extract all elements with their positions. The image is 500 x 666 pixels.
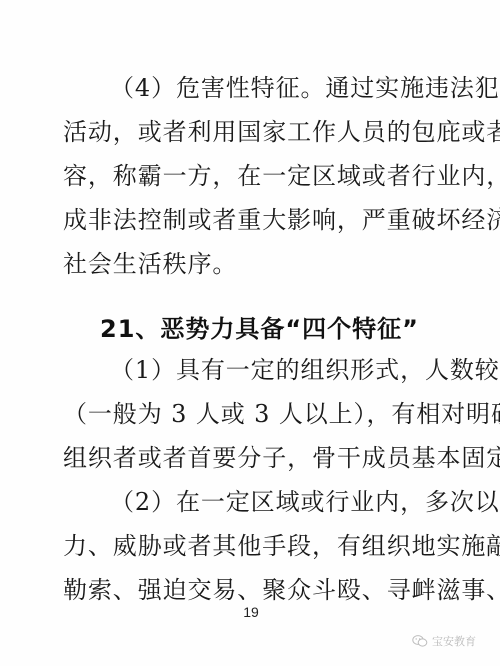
document-page: （4）危害性特征。通过实施违法犯罪 活动，或者利用国家工作人员的包庇或者纵 容，… <box>0 0 500 666</box>
paragraph-line: 成非法控制或者重大影响，严重破坏经济、 <box>63 205 439 235</box>
wechat-icon <box>412 634 428 648</box>
section-heading: 21、恶势力具备“四个特征” <box>100 313 419 345</box>
paragraph-line: 力、威胁或者其他手段，有组织地实施敲诈 <box>63 531 439 561</box>
watermark: 宝安教育 <box>412 633 476 649</box>
paragraph-line: （1）具有一定的组织形式，人数较多 <box>110 355 440 385</box>
paragraph-line: （2）在一定区域或行业内，多次以暴 <box>110 487 440 517</box>
paragraph-line: 勒索、强迫交易、聚众斗殴、寻衅滋事、故 <box>63 575 439 605</box>
paragraph-line: 组织者或者首要分子，骨干成员基本固定。 <box>63 443 439 473</box>
watermark-label: 宝安教育 <box>432 633 476 649</box>
page-number: 19 <box>240 604 262 620</box>
paragraph-line: （4）危害性特征。通过实施违法犯罪 <box>110 73 440 103</box>
paragraph-line: 活动，或者利用国家工作人员的包庇或者纵 <box>63 117 439 147</box>
paragraph-line: 社会生活秩序。 <box>63 249 439 279</box>
paragraph-line: （一般为 3 人或 3 人以上），有相对明确的 <box>63 399 439 429</box>
paragraph-line: 容，称霸一方，在一定区域或者行业内，形 <box>63 161 439 191</box>
